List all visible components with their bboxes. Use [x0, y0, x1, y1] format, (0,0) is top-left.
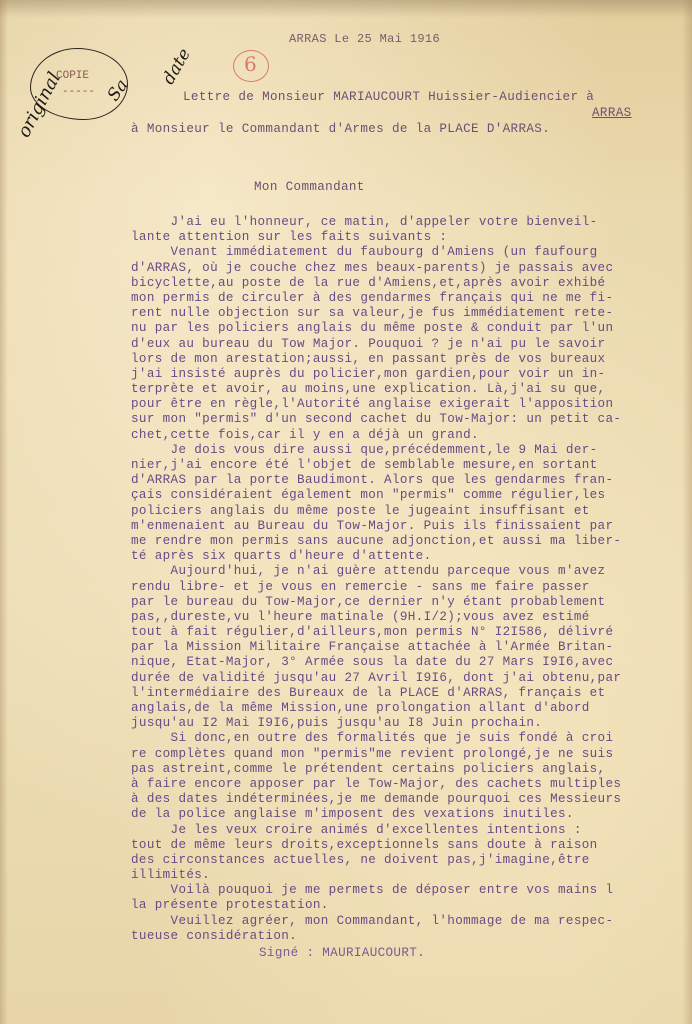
letter-body-line: lors de mon arestation;aussi, en passant… — [131, 352, 621, 367]
letter-body-line: par le bureau du Tow-Major,ce dernier n'… — [131, 595, 621, 610]
copie-stamp-dash: ----- — [62, 86, 95, 98]
letter-body-line: la présente protestation. — [131, 898, 621, 913]
letter-body-line: d'eux au bureau du Tow Major. Pouquoi ? … — [131, 337, 621, 352]
letter-body-line: par la Mission Militaire Française attac… — [131, 640, 621, 655]
letter-body-line: pas,,dureste,vu l'heure matinale (9H.I/2… — [131, 610, 621, 625]
letter-salutation: Mon Commandant — [254, 180, 365, 194]
letter-signature: Signé : MAURIAUCOURT. — [259, 946, 425, 960]
letter-body-line: d'ARRAS par la porte Baudimont. Alors qu… — [131, 473, 621, 488]
letter-body-line: lante attention sur les faits suivants : — [131, 230, 621, 245]
letter-body-line: d'ARRAS, où je couche chez mes beaux-par… — [131, 261, 621, 276]
letter-body-line: anglais,de la même Mission,une prolongat… — [131, 701, 621, 716]
letter-body-line: tout à fait régulier,d'ailleurs,mon perm… — [131, 625, 621, 640]
paper-top-fold — [0, 0, 692, 18]
letter-body-line: rent nulle objection sur sa valeur,je fu… — [131, 306, 621, 321]
letter-body: J'ai eu l'honneur, ce matin, d'appeler v… — [131, 215, 621, 944]
letter-body-line: bicyclette,au poste de la rue d'Amiens,e… — [131, 276, 621, 291]
letter-body-line: Si donc,en outre des formalités que je s… — [131, 731, 621, 746]
letter-body-line: tout de même leurs droits,exceptionnels … — [131, 838, 621, 853]
paper-right-edge — [682, 0, 692, 1024]
letter-body-line: té après six quarts d'heure d'attente. — [131, 549, 621, 564]
letter-body-line: j'ai insisté auprès du policier,mon gard… — [131, 367, 621, 382]
letter-body-line: pour être en règle,l'Autorité anglaise e… — [131, 397, 621, 412]
letter-body-line: tueuse considération. — [131, 929, 621, 944]
letter-header-from: Lettre de Monsieur MARIAUCOURT Huissier-… — [183, 90, 594, 104]
letter-body-line: pas astreint,comme le prétendent certain… — [131, 762, 621, 777]
letter-body-line: Venant immédiatement du faubourg d'Amien… — [131, 245, 621, 260]
letter-body-line: chet,cette fois,car il y en a déjà un gr… — [131, 428, 621, 443]
letter-body-line: des circonstances actuelles, ne doivent … — [131, 853, 621, 868]
letter-body-line: sur mon "permis" d'un second cachet du T… — [131, 412, 621, 427]
letter-body-line: durée de validité jusqu'au 27 Avril I9I6… — [131, 671, 621, 686]
letter-body-line: l'intermédiaire des Bureaux de la PLACE … — [131, 686, 621, 701]
letter-body-line: policiers anglais du même poste le jugea… — [131, 504, 621, 519]
letter-body-line: Je dois vous dire aussi que,précédemment… — [131, 443, 621, 458]
letter-body-line: Aujourd'hui, je n'ai guère attendu parce… — [131, 564, 621, 579]
letter-body-line: çais considéraient également mon "permis… — [131, 488, 621, 503]
letter-header-city: ARRAS — [592, 106, 632, 120]
letter-body-line: illimités. — [131, 868, 621, 883]
letter-header-to: à Monsieur le Commandant d'Armes de la P… — [131, 122, 550, 136]
letter-body-line: nu par les policiers anglais du même pos… — [131, 321, 621, 336]
letter-body-line: Voilà pouquoi je me permets de déposer e… — [131, 883, 621, 898]
letter-body-line: J'ai eu l'honneur, ce matin, d'appeler v… — [131, 215, 621, 230]
letter-body-line: de la police anglaise m'imposent des vex… — [131, 807, 621, 822]
letter-body-line: re complètes quand mon "permis"me revien… — [131, 747, 621, 762]
letter-body-line: jusqu'au I2 Mai I9I6,puis jusqu'au I8 Ju… — [131, 716, 621, 731]
letter-date: ARRAS Le 25 Mai 1916 — [289, 32, 440, 46]
letter-body-line: Je les veux croire animés d'excellentes … — [131, 823, 621, 838]
letter-body-line: à faire encore apposer par le Tow-Major,… — [131, 777, 621, 792]
letter-body-line: nier,j'ai encore été l'objet de semblabl… — [131, 458, 621, 473]
letter-body-line: m'enmenaient au Bureau du Tow-Major. Pui… — [131, 519, 621, 534]
letter-body-line: me rendre mon permis sans aucune adjonct… — [131, 534, 621, 549]
paper-left-edge — [0, 0, 8, 1024]
letter-body-line: à des dates indéterminées,je me demande … — [131, 792, 621, 807]
letter-body-line: rendu libre- et je vous en remercie - sa… — [131, 580, 621, 595]
letter-body-line: Veuillez agréer, mon Commandant, l'homma… — [131, 914, 621, 929]
red-page-number: 6 — [244, 52, 257, 76]
letter-body-line: nique, Etat-Major, 3° Armée sous la date… — [131, 655, 621, 670]
letter-body-line: mon permis de circuler à des gendarmes f… — [131, 291, 621, 306]
letter-body-line: terprète et avoir, au moins,une explicat… — [131, 382, 621, 397]
